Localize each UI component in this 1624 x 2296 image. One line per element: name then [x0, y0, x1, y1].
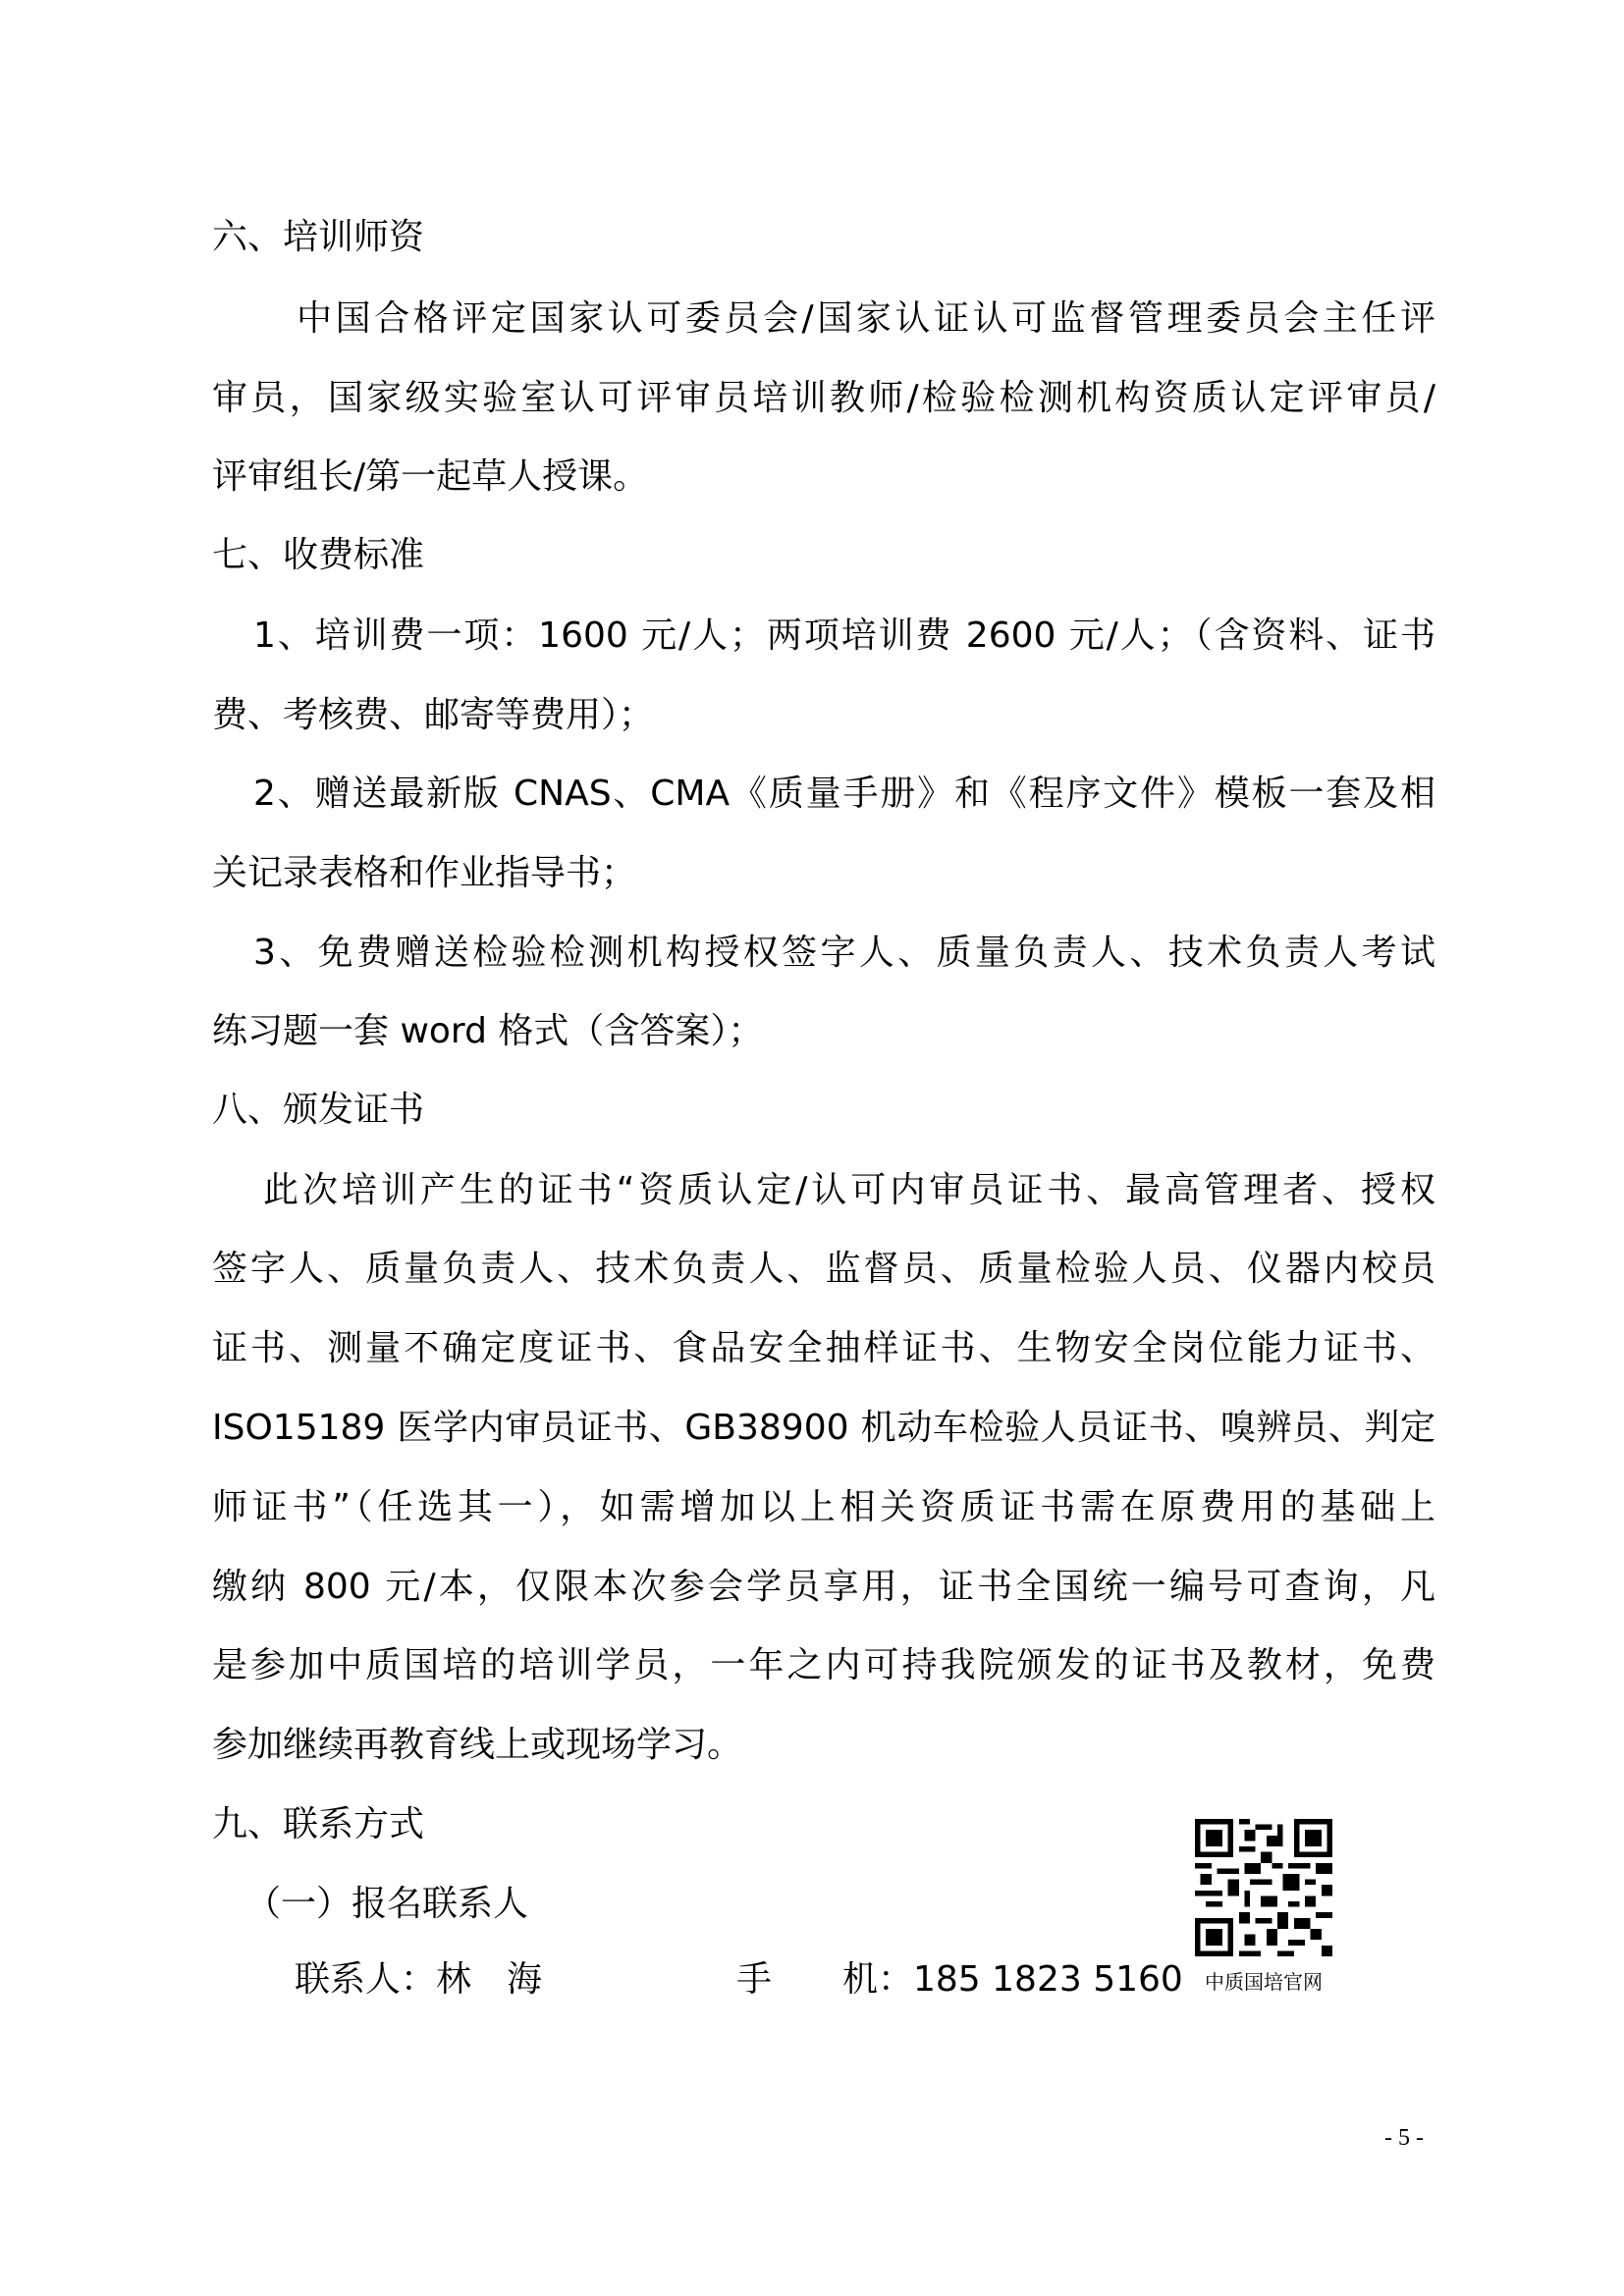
paragraph-line: 练习题一套 word 格式（含答案）；	[212, 1012, 763, 1051]
paragraph-line: 签字人、质量负责人、技术负责人、监督员、质量检验人员、仪器内校员	[212, 1250, 1435, 1289]
paragraph-line: 评审组长/第一起草人授课。	[212, 457, 648, 497]
paragraph-line: 参加继续再教育线上或现场学习。	[212, 1726, 742, 1765]
paragraph-line: 缴纳 800 元/本，仅限本次参会学员享用，证书全国统一编号可查询，凡	[212, 1568, 1435, 1607]
heading-training-faculty: 六、培训师资	[212, 218, 424, 257]
paragraph-line: 是参加中质国培的培训学员，一年之内可持我院颁发的证书及教材，免费	[212, 1646, 1435, 1685]
paragraph-line: 中国合格评定国家认可委员会/国家认证认可监督管理委员会主任评	[297, 299, 1435, 339]
subheading-registration-contact: （一）报名联系人	[245, 1885, 528, 1924]
paragraph-line: 师证书”（任选其一），如需增加以上相关资质证书需在原费用的基础上	[212, 1488, 1435, 1527]
paragraph-line: 关记录表格和作业指导书；	[212, 854, 636, 893]
heading-certificates: 八、颁发证书	[212, 1091, 424, 1130]
qr-caption: 中质国培官网	[1190, 1966, 1337, 1995]
paragraph-line: 2、赠送最新版 CNAS、CMA《质量手册》和《程序文件》模板一套及相	[253, 774, 1435, 814]
page-number: - 5 -	[1384, 2125, 1424, 2152]
contact-person: 联系人：林 海	[295, 1960, 542, 2000]
paragraph-line: ISO15189 医学内审员证书、GB38900 机动车检验人员证书、嗅辨员、判…	[212, 1409, 1435, 1448]
paragraph-line: 费、考核费、邮寄等费用）；	[212, 696, 654, 735]
paragraph-line: 证书、测量不确定度证书、食品安全抽样证书、生物安全岗位能力证书、	[212, 1329, 1435, 1368]
paragraph-line: 此次培训产生的证书“资质认定/认可内审员证书、最高管理者、授权	[263, 1171, 1435, 1210]
heading-fee-standard: 七、收费标准	[212, 536, 424, 575]
qr-code-icon	[1195, 1819, 1332, 1956]
heading-contact: 九、联系方式	[212, 1805, 424, 1844]
contact-phone: 手 机：185 1823 5160	[736, 1960, 1183, 2000]
paragraph-line: 审员，国家级实验室认可评审员培训教师/检验检测机构资质认定评审员/	[212, 379, 1435, 418]
paragraph-line: 1、培训费一项：1600 元/人；两项培训费 2600 元/人；（含资料、证书	[253, 616, 1435, 656]
paragraph-line: 3、免费赠送检验检测机构授权签字人、质量负责人、技术负责人考试	[253, 934, 1435, 973]
